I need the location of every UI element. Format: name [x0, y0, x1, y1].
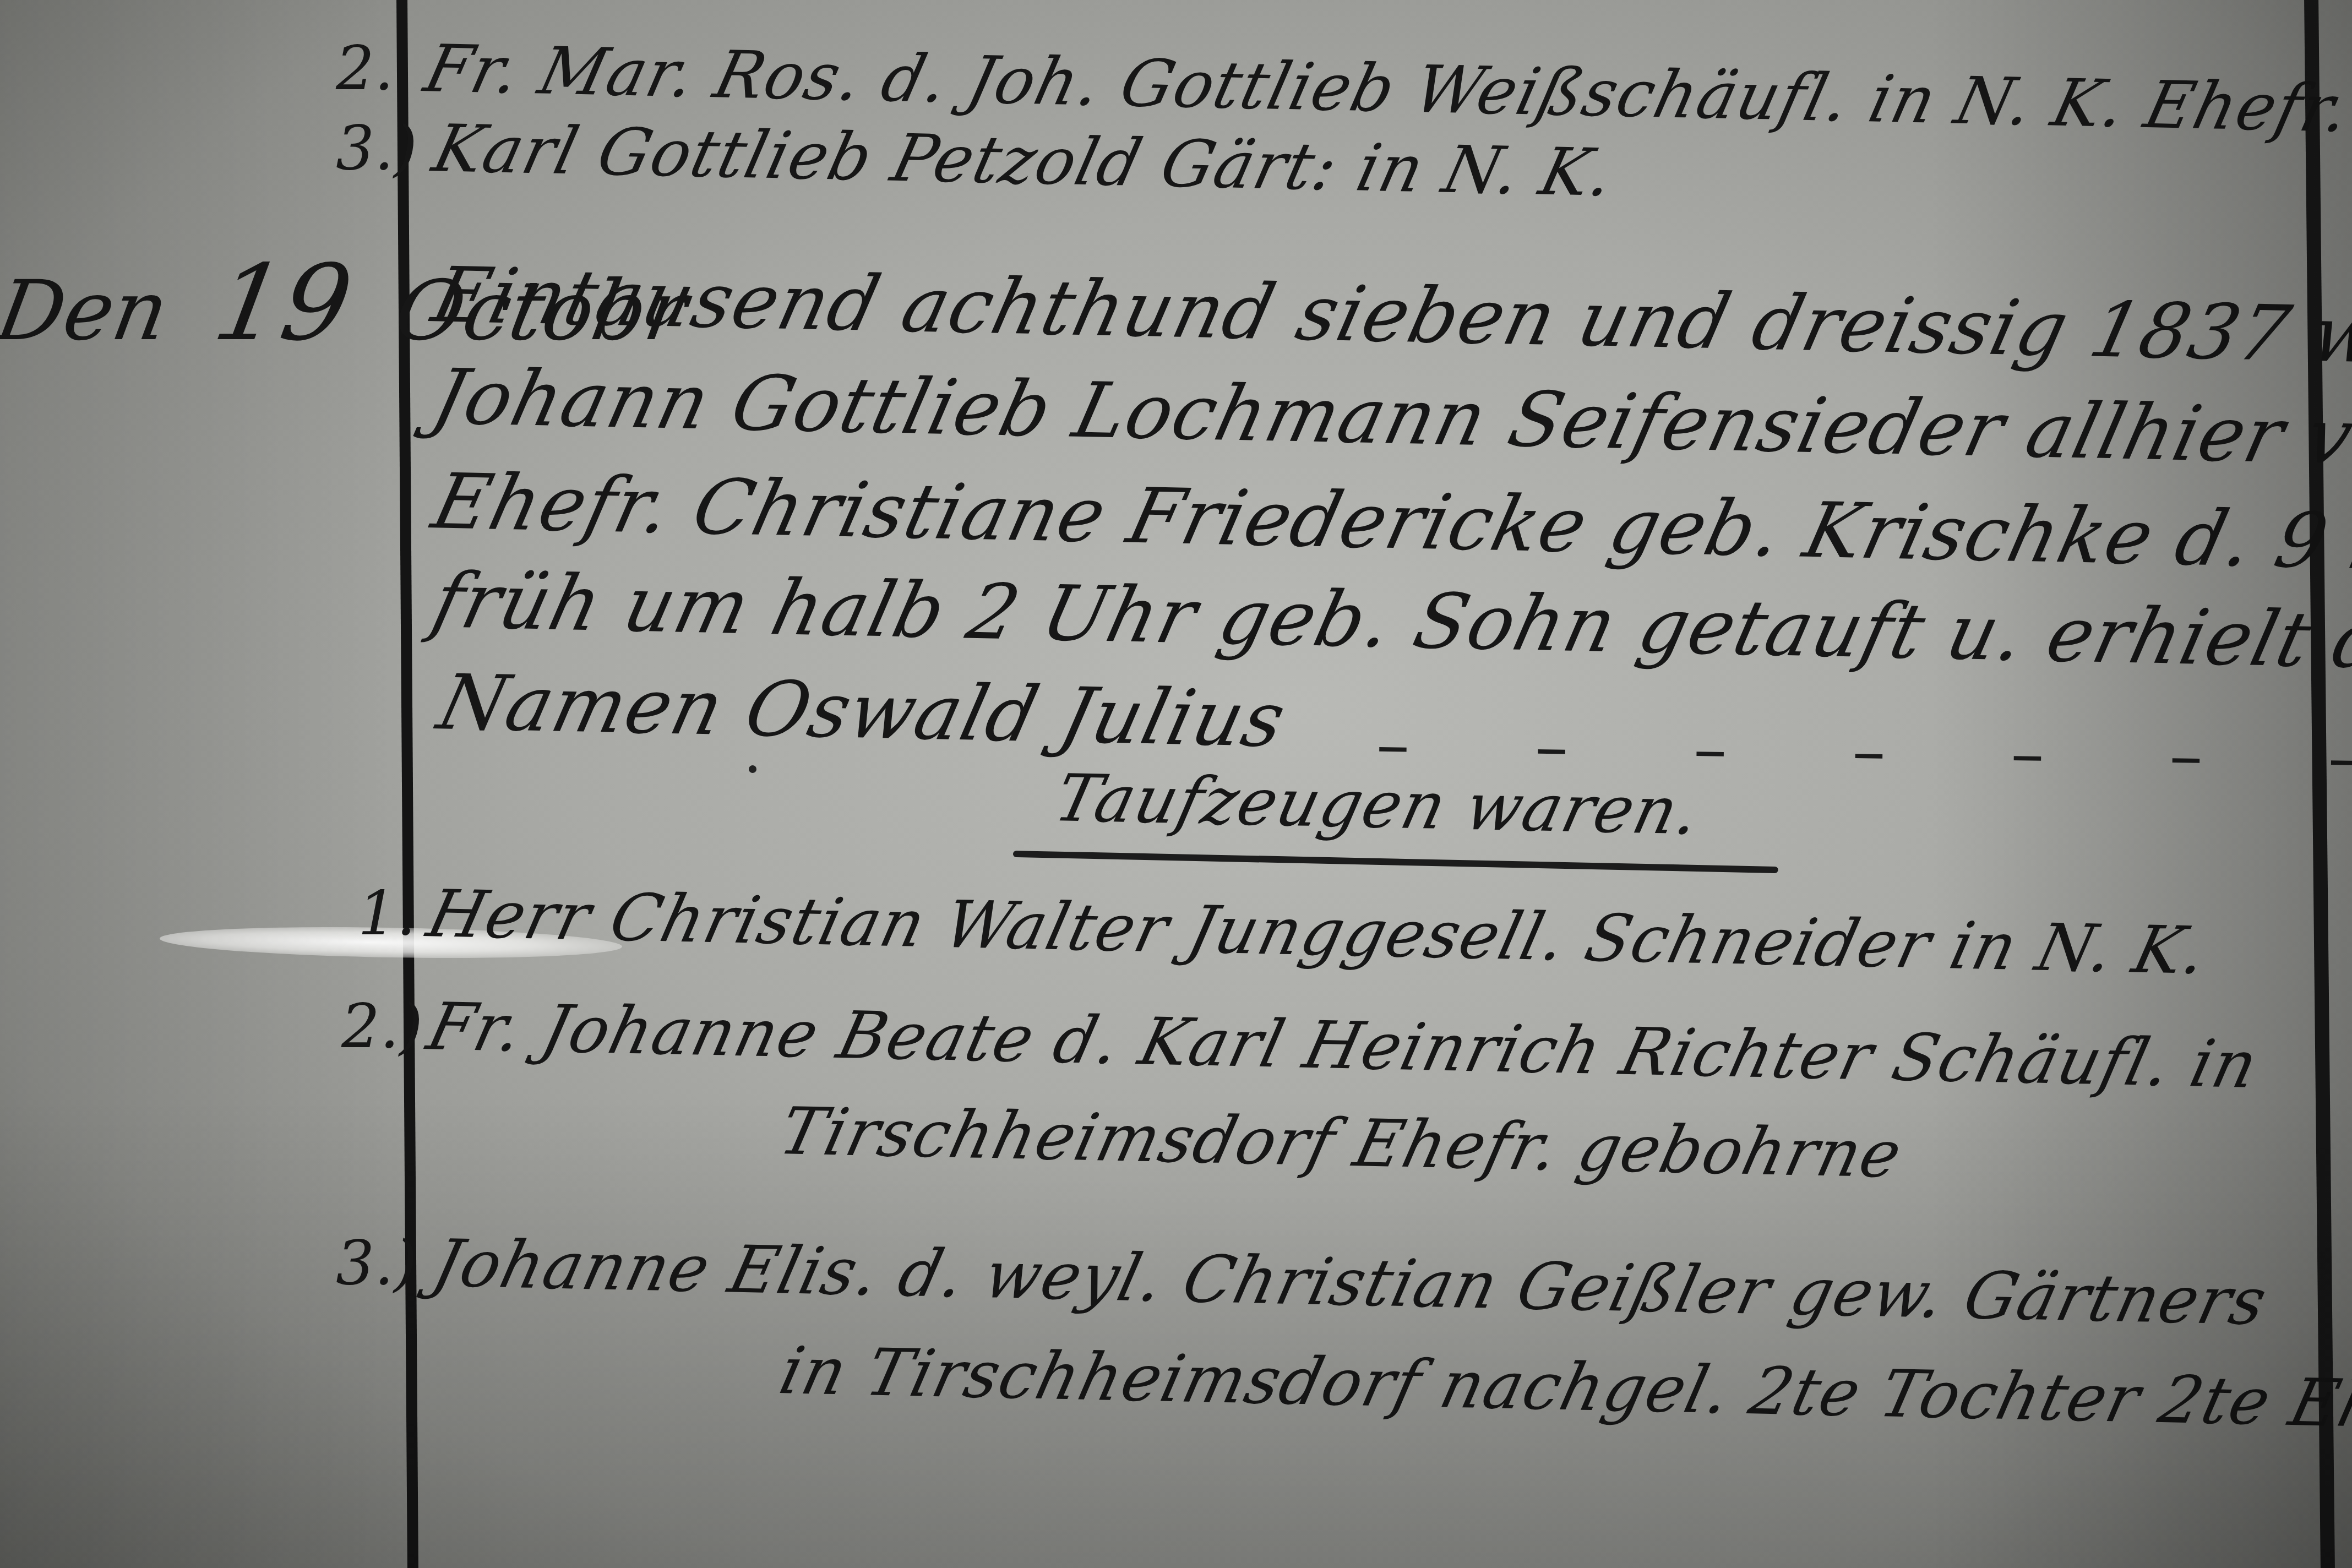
godparent-line: in Tirschheimsdorf nachgel. 2te Tochter … [773, 1332, 2352, 1443]
godparent-number: 2.) [341, 991, 423, 1061]
ink-dot [749, 765, 756, 773]
date-prefix: Den [0, 263, 175, 359]
register-page: 2. Fr. Mar. Ros. d. Joh. Gottlieb Weißsc… [0, 0, 2352, 1568]
prev-godparent-number: 3.) [336, 113, 417, 183]
entry-line: Namen Oswald Julius [430, 658, 1294, 764]
margin-rule-left [396, 0, 418, 1568]
godparent-number: 1. [358, 878, 416, 949]
godparent-number: 3.) [336, 1228, 417, 1298]
godparent-line: Johanne Elis. d. weyl. Christian Geißler… [426, 1225, 2274, 1340]
godparent-line: Herr Christian Walter Junggesell. Schnei… [421, 875, 2215, 989]
godparent-line: Fr. Johanne Beate d. Karl Heinrich Richt… [421, 988, 2266, 1103]
prev-godparent-number: 2. [336, 33, 394, 104]
godparent-line: Tirschheimsdorf Ehefr. gebohrne [773, 1093, 1910, 1193]
date-day: 19 [206, 242, 361, 364]
godparents-heading: Taufzeugen waren. [1048, 760, 1708, 850]
heading-underline [1013, 851, 1778, 873]
